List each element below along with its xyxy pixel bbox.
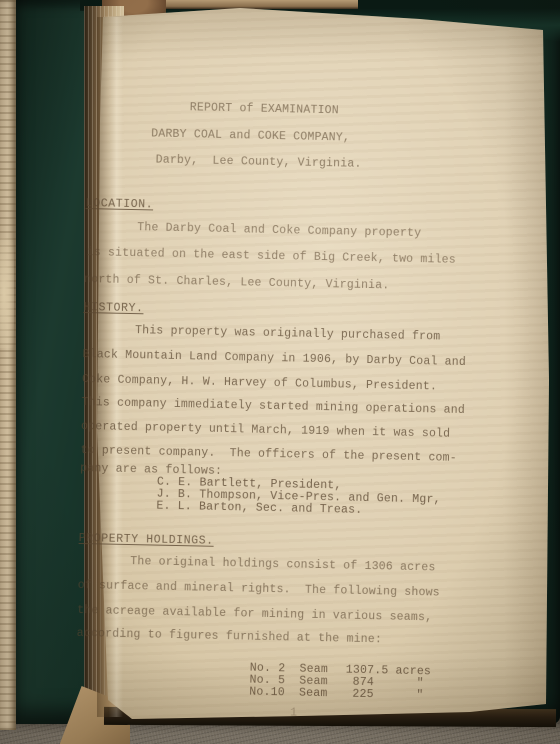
seam-row-value: 225 " xyxy=(345,688,423,703)
body-line: Coke Company, H. W. Harvey of Columbus, … xyxy=(82,374,437,393)
board-edge-top xyxy=(140,0,358,9)
page-number: 1 xyxy=(290,707,297,719)
body-line: north of St. Charles, Lee County, Virgin… xyxy=(84,274,390,292)
body-line: operated property until March, 1919 when… xyxy=(81,421,450,441)
title-line: Darby, Lee County, Virginia. xyxy=(156,154,362,170)
officer-line: E. L. Barton, Sec. and Treas. xyxy=(156,501,362,517)
title-line: REPORT of EXAMINATION xyxy=(190,102,339,117)
body-line: is situated on the east side of Big Cree… xyxy=(87,247,456,267)
photo-of-report-page: REPORT of EXAMINATION DARBY COAL and COK… xyxy=(0,0,560,744)
section-heading-location: LOCATION. xyxy=(86,198,154,211)
seam-row-label: No.10 Seam xyxy=(249,687,345,701)
body-line: to present company. The officers of the … xyxy=(80,445,457,465)
body-line: of surface and mineral rights. The follo… xyxy=(78,580,440,600)
body-line: This company immediately started mining … xyxy=(81,397,465,417)
body-line: The original holdings consist of 1306 ac… xyxy=(130,556,436,574)
body-line: Black Mountain Land Company in 1906, by … xyxy=(82,349,466,369)
board-edge-left xyxy=(0,0,16,730)
typed-text: REPORT of EXAMINATION DARBY COAL and COK… xyxy=(72,95,555,744)
title-line: DARBY COAL and COKE COMPANY, xyxy=(151,128,350,144)
body-line: according to figures furnished at the mi… xyxy=(77,628,383,646)
section-heading-history: HISTORY. xyxy=(83,302,143,315)
body-line: This property was originally purchased f… xyxy=(135,325,441,343)
section-heading-property-holdings: PROPERTY HOLDINGS. xyxy=(79,533,214,548)
board-edge-blotch xyxy=(0,238,14,348)
body-line: the acreage available for mining in vari… xyxy=(77,605,432,624)
body-line: The Darby Coal and Coke Company property xyxy=(137,222,421,240)
seam-row: No.10 Seam 225 " xyxy=(192,673,424,714)
